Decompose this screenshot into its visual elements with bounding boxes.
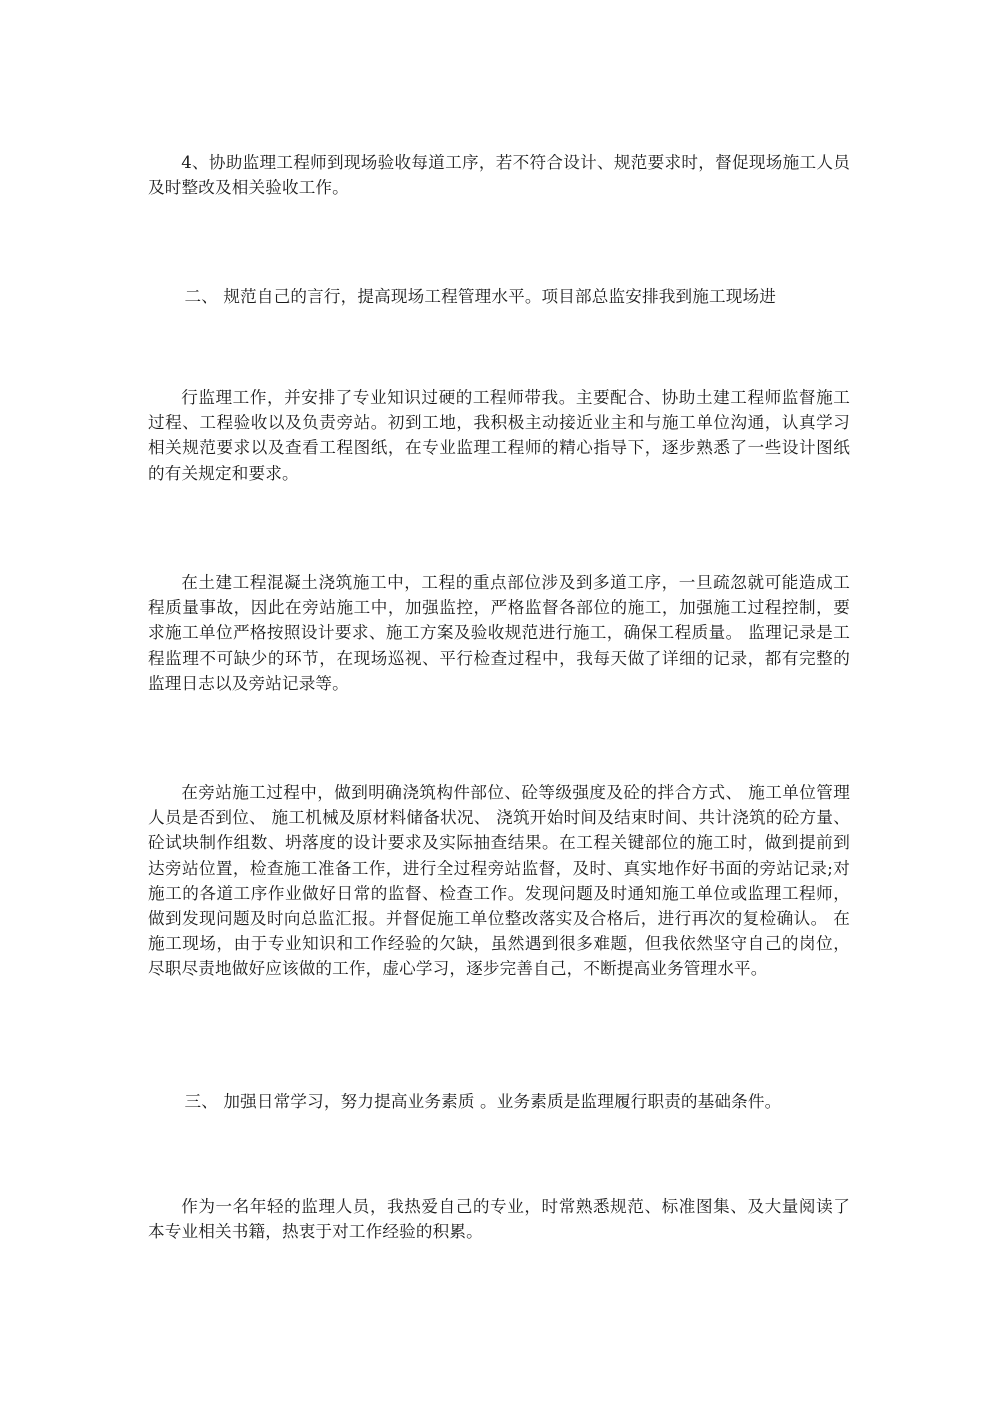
section-heading-3: 三、 加强日常学习，努力提高业务素质 。业务素质是监理履行职责的基础条件。 (148, 1089, 850, 1114)
section-heading-2: 二、 规范自己的言行，提高现场工程管理水平。项目部总监安排我到施工现场进 (148, 284, 850, 309)
paragraph-young-supervisor: 作为一名年轻的监理人员，我热爱自己的专业，时常熟悉规范、标准图集、及大量阅读了本… (148, 1194, 850, 1244)
paragraph-supervision-work: 行监理工作，并安排了专业知识过硬的工程师带我。主要配合、协助土建工程师监督施工过… (148, 385, 850, 486)
paragraph-item-4-acceptance: 4、协助监理工程师到现场验收每道工序，若不符合设计、规范要求时，督促现场施工人员… (148, 150, 850, 200)
paragraph-side-station: 在旁站施工过程中，做到明确浇筑构件部位、砼等级强度及砼的拌合方式、 施工单位管理… (148, 780, 850, 982)
paragraph-concrete-pouring: 在土建工程混凝土浇筑施工中，工程的重点部位涉及到多道工序，一旦疏忽就可能造成工程… (148, 570, 850, 696)
document-page: 4、协助监理工程师到现场验收每道工序，若不符合设计、规范要求时，督促现场施工人员… (0, 0, 1000, 1415)
